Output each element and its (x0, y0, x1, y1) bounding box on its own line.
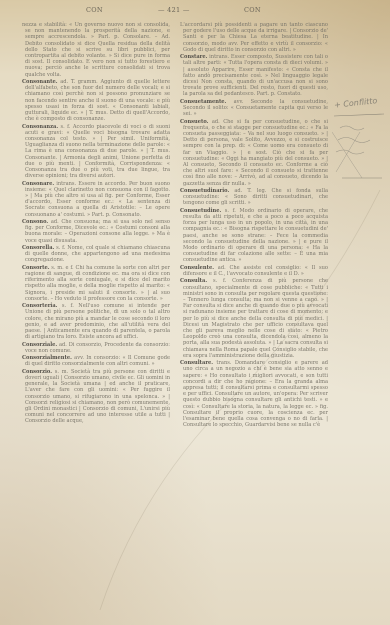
entry-definition: ad. T. gramm. Aggiunto di quelle lettere… (25, 79, 170, 122)
left-column: nezza e stabilità: « Un governo nuovo no… (22, 22, 170, 426)
entry-definition: ad. Che si fa per consuetudine, o che si… (183, 119, 328, 187)
dictionary-entry: Consueto. ad. Che si fa per consuetudine… (180, 119, 328, 187)
entry-definition: L'accordarsi più possidenti a pagare un … (180, 22, 328, 53)
running-head-right: CON (244, 6, 261, 14)
entry-definition: s. m. e f. Chi ha comune la sorte con al… (25, 265, 170, 302)
dictionary-entry: Consulta. s. f. Conferenza di più person… (180, 278, 328, 359)
dictionary-entry: Consorziale. ad. Di consorzio, Procedent… (22, 342, 170, 354)
dictionary-entry: Consonante. ad. T. gramm. Aggiunto di qu… (22, 79, 170, 122)
entry-definition: s. f. Accordo piacevole di voci o di suo… (25, 124, 170, 180)
entry-definition: s. f. Nell'uso comune si intende per Uni… (25, 303, 170, 340)
entry-headword: Consuetudine. (180, 208, 221, 214)
entry-headword: Consuetamente. (180, 99, 226, 105)
dictionary-entry: Consorteria. s. f. Nell'uso comune si in… (22, 303, 170, 340)
dictionary-entry: Consuetudinario. ad. T. leg. Che si fond… (180, 188, 328, 207)
dictionary-entry: nezza e stabilità: « Un governo nuovo no… (22, 22, 170, 78)
entry-headword: Consuetudinario. (180, 188, 229, 194)
dictionary-entry: Consonare. intrans. Essere in accordo. P… (22, 181, 170, 218)
dictionary-entry: Constare. intrans. Esser composto, Sussi… (180, 54, 328, 97)
entry-definition: s. f. Conferenza di più persone che cons… (183, 278, 328, 358)
entry-headword: Consorzialmente. (22, 355, 72, 361)
entry-headword: Consorella. (22, 245, 54, 251)
dictionary-entry: Consonanza. s. f. Accordo piacevole di v… (22, 124, 170, 180)
entry-definition: s. f. Modo ordinario di operare, che res… (183, 208, 328, 264)
entry-headword: Consonare. (22, 181, 54, 187)
page-number: — 421 — (158, 6, 190, 14)
dictionary-entry: Consorte. s. m. e f. Chi ha comune la so… (22, 265, 170, 302)
entry-headword: Consono. (22, 219, 48, 225)
entry-definition: intrans. Essere in accordo. Per buon suo… (25, 181, 170, 218)
entry-definition: nezza e stabilità: « Un governo nuovo no… (22, 22, 170, 78)
entry-headword: Consorzio. (22, 369, 52, 375)
entry-headword: Consueto. (180, 119, 208, 125)
running-head-left: CON (86, 6, 103, 14)
entry-headword: Consonanza. (22, 124, 58, 130)
dictionary-entry: Consorzio. s. m. Società tra più persone… (22, 369, 170, 425)
entry-headword: Consulente. (180, 265, 214, 271)
entry-definition: trans. Domandare consiglio e parere ad u… (183, 360, 328, 428)
dictionary-entry: Consuetudine. s. f. Modo ordinario di op… (180, 208, 328, 264)
dictionary-entry: Consono. ad. Che consuona; ma si usa sol… (22, 219, 170, 244)
dictionary-entry: Consultare. trans. Domandare consiglio e… (180, 360, 328, 428)
entry-definition: s. m. Società tra più persone con diritt… (25, 369, 170, 425)
entry-headword: Consonante. (22, 79, 58, 85)
dictionary-entry: Consorella. s. f. Nome, col quale si chi… (22, 245, 170, 264)
dictionary-entry: Consulente. ad. Che assiste col consigli… (180, 265, 328, 277)
entry-headword: Consorziale. (22, 342, 57, 348)
dictionary-entry: Consuetamente. avv. Secondo la consuetud… (180, 99, 328, 118)
entry-headword: Consulta. (180, 278, 207, 284)
running-head: CON — 421 — CON (0, 6, 390, 18)
entry-headword: Consorte. (22, 265, 49, 271)
dictionary-entry: L'accordarsi più possidenti a pagare un … (180, 22, 328, 53)
dictionary-entry: Consorzialmente. avv. In consorzio: « Il… (22, 355, 170, 367)
entry-definition: intrans. Esser composto, Sussistere con … (183, 54, 328, 97)
handwritten-margin-note: + Conflitto (334, 95, 387, 109)
handwritten-scribble-icon (332, 112, 386, 182)
entry-headword: Constare. (180, 54, 207, 60)
right-column: L'accordarsi più possidenti a pagare un … (180, 22, 328, 430)
